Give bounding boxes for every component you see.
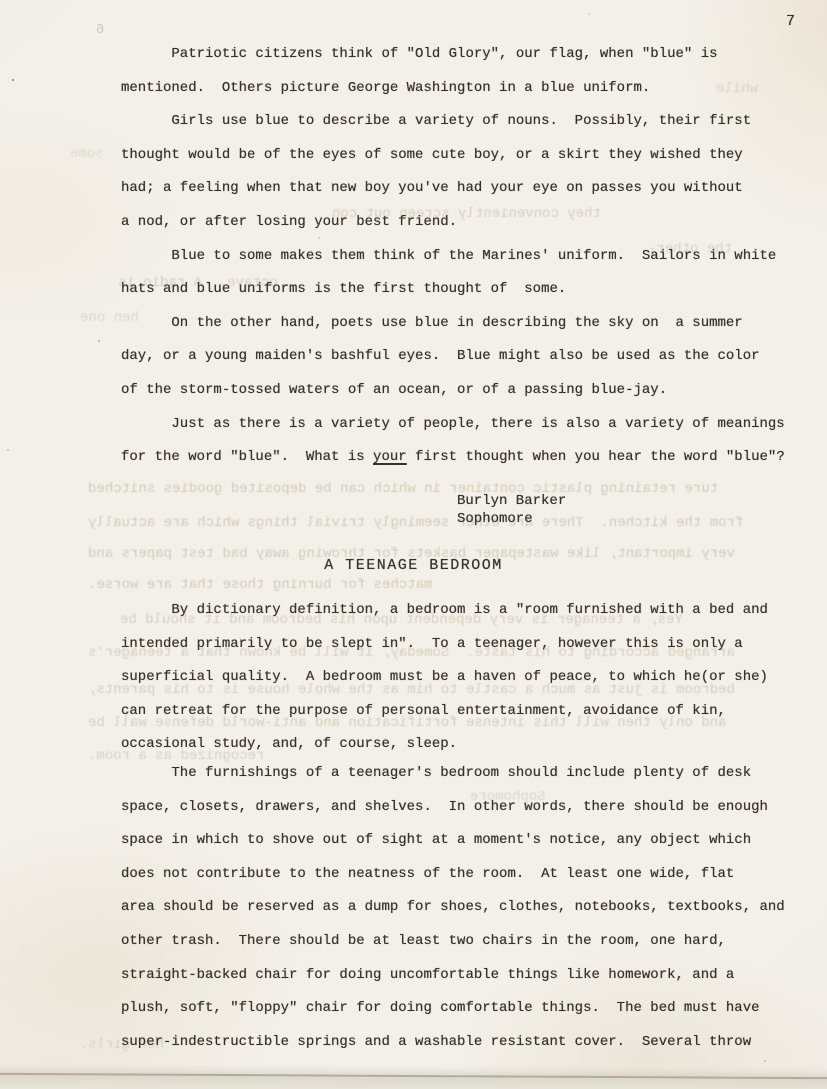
author-class: Sophomore <box>457 511 566 529</box>
typed-line: mentioned. Others picture George Washing… <box>121 72 785 106</box>
typed-line: plush, soft, "floppy" chair for doing co… <box>121 992 785 1026</box>
typed-line: a nod, or after losing your best friend. <box>121 206 785 240</box>
bleedthrough-text: matches for burning those that are worse… <box>88 576 432 594</box>
essay-bedroom-paragraph-2: The furnishings of a teenager's bedroom … <box>121 757 785 1059</box>
typed-line: super-indestructible springs and a washa… <box>121 1026 785 1060</box>
typed-line: hats and blue uniforms is the first thou… <box>121 273 785 307</box>
essay-bedroom-paragraph-1: By dictionary definition, a bedroom is a… <box>121 594 768 762</box>
page-number: 7 <box>786 13 795 30</box>
underlined-word: your <box>373 449 407 465</box>
scanned-page: whilesomethey conveniently screen out co… <box>0 0 827 1089</box>
author-name: Burlyn Barker <box>457 493 566 511</box>
typed-line: for the word "blue". What is your first … <box>121 441 785 475</box>
typed-line: day, or a young maiden's bashful eyes. B… <box>121 340 785 374</box>
typed-line: Patriotic citizens think of "Old Glory",… <box>121 38 785 72</box>
essay-bedroom-title: A TEENAGE BEDROOM <box>0 556 827 576</box>
bleedthrough-text: some <box>70 145 104 163</box>
typed-line: space in which to shove out of sight at … <box>121 824 785 858</box>
bleedthrough-text: ture retaining plastic container in whic… <box>88 480 718 498</box>
typed-line: does not contribute to the neatness of t… <box>121 858 785 892</box>
bleedthrough-text: from the kitchen. There are other seemin… <box>88 514 743 532</box>
essay-blue-attribution: Burlyn Barker Sophomore <box>457 493 566 528</box>
typed-line: straight-backed chair for doing uncomfor… <box>121 959 785 993</box>
typed-line: intended primarily to be slept in". To a… <box>121 628 768 662</box>
typed-line: had; a feeling when that new boy you've … <box>121 172 785 206</box>
typed-line: can retreat for the purpose of personal … <box>121 695 768 729</box>
paper-specks <box>0 0 2 2</box>
typed-line: Blue to some makes them think of the Mar… <box>121 240 785 274</box>
typed-line: On the other hand, poets use blue in des… <box>121 307 785 341</box>
typed-line: Girls use blue to describe a variety of … <box>121 105 785 139</box>
typed-line: The furnishings of a teenager's bedroom … <box>121 757 785 791</box>
ghost-page-number: 6 <box>96 22 104 38</box>
typed-line: area should be reserved as a dump for sh… <box>121 891 785 925</box>
typed-line: Just as there is a variety of people, th… <box>121 408 785 442</box>
typed-line: space, closets, drawers, and shelves. In… <box>121 791 785 825</box>
typed-line: thought would be of the eyes of some cut… <box>121 139 785 173</box>
typed-line: superficial quality. A bedroom must be a… <box>121 661 768 695</box>
typed-line: other trash. There should be at least tw… <box>121 925 785 959</box>
essay-blue-body: Patriotic citizens think of "Old Glory",… <box>121 38 785 475</box>
typed-line: of the storm-tossed waters of an ocean, … <box>121 374 785 408</box>
typed-line: By dictionary definition, a bedroom is a… <box>121 594 768 628</box>
